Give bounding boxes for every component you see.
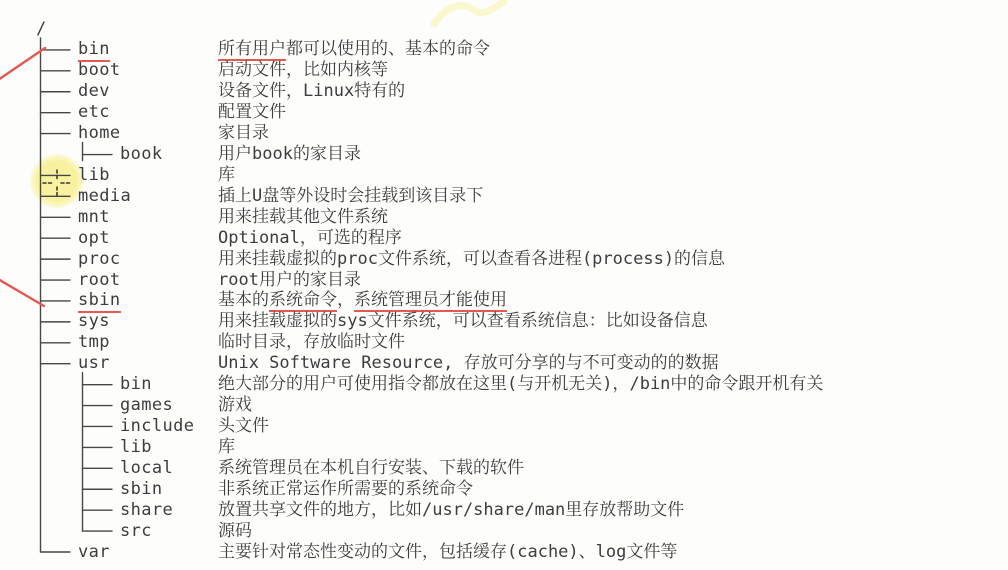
dir-name: book <box>120 144 163 165</box>
dir-name: lib <box>78 165 110 186</box>
dir-name: etc <box>78 102 110 123</box>
tree-row-media: media插上U盘等外设时会挂载到该目录下 <box>0 186 1008 207</box>
tree-row-usr-bin: bin绝大部分的用户可使用指令都放在这里(与开机无关)，/bin中的命令跟开机有… <box>0 374 1008 395</box>
dir-name: root <box>78 270 121 291</box>
dir-name: sbin <box>120 479 163 500</box>
dir-description: 用来挂载虚拟的sys文件系统，可以查看系统信息：比如设备信息 <box>218 311 708 332</box>
dir-name: bin <box>120 374 152 395</box>
tree-row-dev: dev设备文件，Linux特有的 <box>0 81 1008 102</box>
dir-description: 启动文件，比如内核等 <box>218 60 388 81</box>
dir-description: 所有用户都可以使用的、基本的命令 <box>218 39 490 60</box>
tree-row-usr-local: local系统管理员在本机自行安装、下载的软件 <box>0 458 1008 479</box>
dir-name: boot <box>78 60 121 81</box>
directory-tree: /bin所有用户都可以使用的、基本的命令boot启动文件，比如内核等dev设备文… <box>0 0 1008 570</box>
dir-description: 用户book的家目录 <box>218 144 361 165</box>
tree-row-home: home家目录 <box>0 123 1008 144</box>
tree-row-usr-games: games游戏 <box>0 395 1008 416</box>
tree-row-sbin: sbin基本的系统命令，系统管理员才能使用 <box>0 290 1008 311</box>
tree-row-root-dir: rootroot用户的家目录 <box>0 270 1008 291</box>
dir-description: 用来挂载其他文件系统 <box>218 207 388 228</box>
tree-row-usr-sbin: sbin非系统正常运作所需要的系统命令 <box>0 479 1008 500</box>
dir-description: 库 <box>218 437 235 458</box>
dir-description: 插上U盘等外设时会挂载到该目录下 <box>218 186 483 207</box>
dir-description: 配置文件 <box>218 102 286 123</box>
tree-row-usr-lib: lib库 <box>0 437 1008 458</box>
tree-row-root: / <box>0 19 1008 40</box>
tree-row-var: var主要针对常态性变动的文件，包括缓存(cache)、log文件等 <box>0 542 1008 563</box>
dir-name: share <box>120 500 173 521</box>
dir-description: 绝大部分的用户可使用指令都放在这里(与开机无关)，/bin中的命令跟开机有关 <box>218 374 823 395</box>
dir-description: 基本的系统命令，系统管理员才能使用 <box>218 290 507 311</box>
dir-description: 头文件 <box>218 416 269 437</box>
document-page: /bin所有用户都可以使用的、基本的命令boot启动文件，比如内核等dev设备文… <box>0 0 1008 570</box>
dir-description: 库 <box>218 165 235 186</box>
tree-row-usr-share: share放置共享文件的地方，比如/usr/share/man里存放帮助文件 <box>0 500 1008 521</box>
dir-description: 主要针对常态性变动的文件，包括缓存(cache)、log文件等 <box>218 542 677 563</box>
tree-row-boot: boot启动文件，比如内核等 <box>0 60 1008 81</box>
tree-row-usr-include: include头文件 <box>0 416 1008 437</box>
dir-description: Optional，可选的程序 <box>218 228 402 249</box>
tree-row-lib: lib库 <box>0 165 1008 186</box>
dir-description: root用户的家目录 <box>218 270 361 291</box>
dir-name: dev <box>78 81 110 102</box>
dir-description: 非系统正常运作所需要的系统命令 <box>218 479 473 500</box>
tree-row-usr-src: src源码 <box>0 521 1008 542</box>
dir-name: src <box>120 521 152 542</box>
tree-row-mnt: mnt用来挂载其他文件系统 <box>0 207 1008 228</box>
dir-description: 临时目录，存放临时文件 <box>218 332 405 353</box>
dir-name: / <box>36 19 47 40</box>
dir-description: 用来挂载虚拟的proc文件系统，可以查看各进程(process)的信息 <box>218 249 725 270</box>
dir-description: 放置共享文件的地方，比如/usr/share/man里存放帮助文件 <box>218 500 684 521</box>
dir-name: media <box>78 186 131 207</box>
dir-description: Unix Software Resource, 存放可分享的与不可变动的的数据 <box>218 353 719 374</box>
dir-description: 游戏 <box>218 395 252 416</box>
dir-name: include <box>120 416 194 437</box>
dir-description: 家目录 <box>218 123 269 144</box>
dir-name: lib <box>120 437 152 458</box>
dir-name: tmp <box>78 332 110 353</box>
dir-name: games <box>120 395 173 416</box>
dir-name: local <box>120 458 173 479</box>
dir-name: mnt <box>78 207 110 228</box>
dir-description: 源码 <box>218 521 252 542</box>
tree-row-home-book: book用户book的家目录 <box>0 144 1008 165</box>
tree-row-proc: proc用来挂载虚拟的proc文件系统，可以查看各进程(process)的信息 <box>0 249 1008 270</box>
dir-name: proc <box>78 249 121 270</box>
dir-name: sbin <box>78 290 121 313</box>
dir-description: 系统管理员在本机自行安装、下载的软件 <box>218 458 524 479</box>
tree-row-etc: etc配置文件 <box>0 102 1008 123</box>
dir-name: bin <box>78 39 110 62</box>
dir-name: usr <box>78 353 110 374</box>
tree-row-opt: optOptional，可选的程序 <box>0 228 1008 249</box>
dir-name: sys <box>78 311 110 332</box>
dir-description: 设备文件，Linux特有的 <box>218 81 405 102</box>
tree-row-sys: sys用来挂载虚拟的sys文件系统，可以查看系统信息：比如设备信息 <box>0 311 1008 332</box>
tree-row-usr: usrUnix Software Resource, 存放可分享的与不可变动的的… <box>0 353 1008 374</box>
tree-row-bin: bin所有用户都可以使用的、基本的命令 <box>0 39 1008 60</box>
tree-row-tmp: tmp临时目录，存放临时文件 <box>0 332 1008 353</box>
dir-name: var <box>78 542 110 563</box>
dir-name: home <box>78 123 121 144</box>
dir-name: opt <box>78 228 110 249</box>
